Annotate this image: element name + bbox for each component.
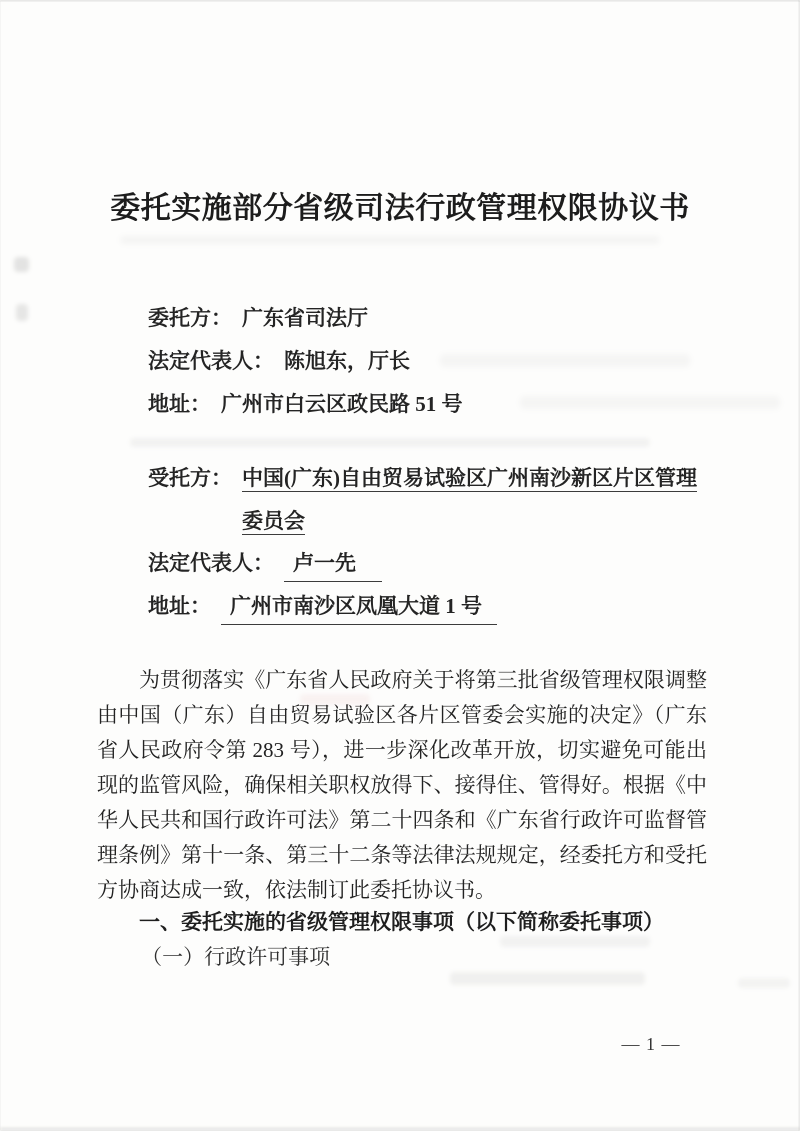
entrusting-party-name: 广东省司法厅 bbox=[242, 297, 368, 340]
scan-edge-bottom bbox=[0, 1127, 800, 1131]
document-title: 委托实施部分省级司法行政管理权限协议书 bbox=[0, 183, 800, 227]
entrusted-representative-row: 法定代表人： 卢一先 bbox=[148, 542, 728, 585]
entrusted-address-value: 广州市南沙区凤凰大道 1 号 bbox=[221, 590, 497, 625]
entrusted-party-block: 受托方： 中国(广东)自由贸易试验区广州南沙新区片区管理委员会 法定代表人： 卢… bbox=[148, 457, 728, 627]
entrusted-representative-label: 法定代表人： bbox=[148, 542, 274, 585]
entrusted-party-label: 受托方： bbox=[148, 457, 232, 500]
bleed-through-artifact bbox=[130, 438, 650, 447]
subsection-heading: （一）行政许可事项 bbox=[97, 940, 737, 975]
entrusted-address-row: 地址： 广州市南沙区凤凰大道 1 号 bbox=[148, 585, 728, 628]
entrusting-representative-row: 法定代表人： 陈旭东，厅长 bbox=[148, 340, 748, 383]
bleed-through-artifact bbox=[120, 236, 660, 244]
bleed-through-artifact bbox=[738, 978, 790, 988]
entrusting-representative-name: 陈旭东，厅长 bbox=[284, 340, 410, 383]
entrusting-address-label: 地址： bbox=[148, 383, 211, 426]
entrusted-representative-name: 卢一先 bbox=[284, 547, 382, 582]
document-body: 为贯彻落实《广东省人民政府关于将第三批省级管理权限调整由中国（广东）自由贸易试验… bbox=[97, 663, 707, 908]
scan-smudge-artifact bbox=[14, 257, 29, 272]
scan-edge-top bbox=[0, 0, 800, 2]
scanned-document-page: 委托实施部分省级司法行政管理权限协议书 委托方： 广东省司法厅 法定代表人： 陈… bbox=[0, 0, 800, 1131]
page-number: — 1 — bbox=[596, 1034, 706, 1055]
preamble-paragraph: 为贯彻落实《广东省人民政府关于将第三批省级管理权限调整由中国（广东）自由贸易试验… bbox=[97, 663, 707, 908]
entrusting-party-block: 委托方： 广东省司法厅 法定代表人： 陈旭东，厅长 地址： 广州市白云区政民路 … bbox=[148, 297, 748, 426]
entrusting-representative-label: 法定代表人： bbox=[148, 340, 274, 383]
entrusted-party-row: 受托方： 中国(广东)自由贸易试验区广州南沙新区片区管理委员会 bbox=[148, 457, 728, 542]
entrusting-address-row: 地址： 广州市白云区政民路 51 号 bbox=[148, 383, 748, 426]
entrusting-address-value: 广州市白云区政民路 51 号 bbox=[221, 383, 463, 426]
entrusted-address-label: 地址： bbox=[148, 585, 211, 628]
entrusting-party-row: 委托方： 广东省司法厅 bbox=[148, 297, 748, 340]
entrusted-party-name: 中国(广东)自由贸易试验区广州南沙新区片区管理委员会 bbox=[242, 457, 707, 542]
entrusting-party-label: 委托方： bbox=[148, 297, 232, 340]
scan-smudge-artifact bbox=[16, 304, 28, 321]
section-heading: 一、委托实施的省级管理权限事项（以下简称委托事项） bbox=[97, 905, 737, 940]
